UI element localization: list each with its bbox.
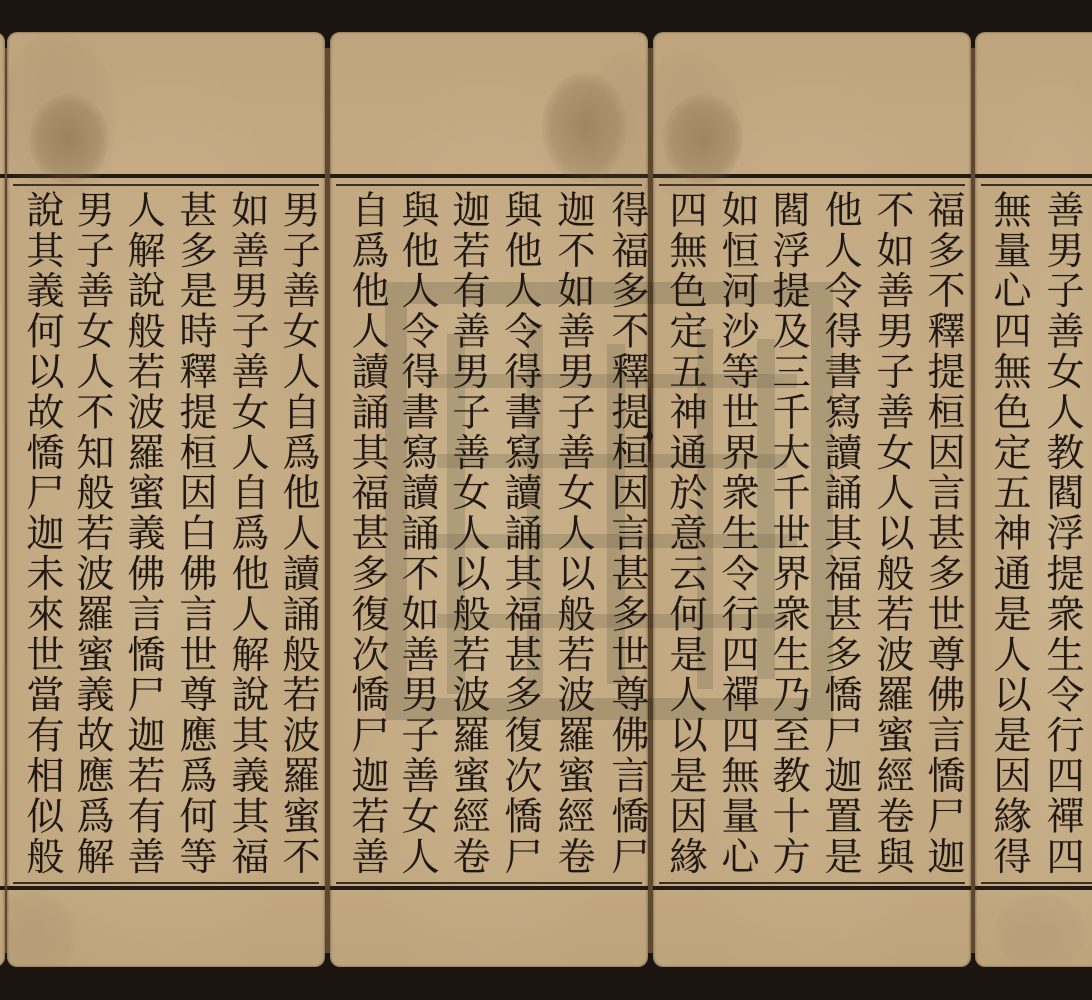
text-column: 他人令得書寫讀誦其福甚多憍尸迦置是 [817, 190, 863, 880]
bottom-border-rule [0, 886, 5, 890]
bottom-inner-rule [981, 882, 1092, 884]
water-stain [653, 52, 743, 202]
top-inner-rule [981, 184, 1092, 186]
water-stain [580, 52, 648, 202]
top-border-rule [975, 174, 1092, 178]
top-inner-rule [13, 184, 319, 186]
text-column: 迦不如善男子善女人以般若波羅蜜經卷 [550, 190, 596, 880]
page-center-left: 得福多不釋提桓因言甚多世尊佛言憍尸 迦不如善男子善女人以般若波羅蜜經卷 與他人令… [330, 32, 648, 967]
top-border-rule [7, 174, 325, 178]
text-column: 得福多不釋提桓因言甚多世尊佛言憍尸 [604, 190, 648, 880]
water-stain [663, 94, 743, 184]
text-column: 甚多是時釋提桓因白佛言世尊應爲何等 [172, 190, 218, 880]
bottom-border-rule [653, 886, 971, 890]
water-stain [29, 94, 109, 184]
text-column: 與他人令得書寫讀誦不如善男子善女人 [394, 190, 440, 880]
text-column: 善男子善女人教閻浮提衆生令行四禪四 [1039, 190, 1085, 880]
page-right-partial: 善男子善女人教閻浮提衆生令行四禪四 無量心四無色定五神通是人以是因緣得 [975, 32, 1092, 967]
text-column: 四無色定五神通於意云何是人以是因緣 [662, 190, 708, 880]
page-sliver-left [0, 32, 5, 967]
bottom-border-rule [7, 886, 325, 890]
water-stain [7, 892, 77, 967]
bottom-inner-rule [659, 882, 965, 884]
text-column: 無量心四無色定五神通是人以是因緣得 [986, 190, 1032, 880]
top-inner-rule [336, 184, 642, 186]
text-column: 人解說般若波羅蜜義佛言憍尸迦若有善 [120, 190, 166, 880]
text-column: 男子善女人自爲他人讀誦般若波羅蜜不 [275, 190, 321, 880]
bottom-border-rule [330, 886, 648, 890]
page-center-right: 福多不釋提桓因言甚多世尊佛言憍尸迦 不如善男子善女人以般若波羅蜜經卷與 他人令得… [653, 32, 971, 967]
text-column: 與他人令得書寫讀誦其福甚多復次憍尸 [497, 190, 543, 880]
bottom-border-rule [975, 886, 1092, 890]
text-column: 福多不釋提桓因言甚多世尊佛言憍尸迦 [920, 190, 966, 880]
water-stain [542, 72, 627, 182]
text-column: 閻浮提及三千大千世界衆生乃至教十方 [765, 190, 811, 880]
top-border-rule [330, 174, 648, 178]
top-border-rule [0, 174, 5, 178]
text-column: 如善男子善女人自爲他人解說其義其福 [224, 190, 270, 880]
page-left: 男子善女人自爲他人讀誦般若波羅蜜不 如善男子善女人自爲他人解說其義其福 甚多是時… [7, 32, 325, 967]
water-stain [995, 892, 1085, 967]
text-column: 不如善男子善女人以般若波羅蜜經卷與 [869, 190, 915, 880]
text-column: 迦若有善男子善女人以般若波羅蜜經卷 [445, 190, 491, 880]
top-border-rule [653, 174, 971, 178]
text-column: 如恒河沙等世界衆生令行四禪四無量心 [714, 190, 760, 880]
top-inner-rule [659, 184, 965, 186]
text-column: 男子善女人不知般若波羅蜜義故應爲解 [69, 190, 115, 880]
bottom-inner-rule [336, 882, 642, 884]
bottom-inner-rule [13, 882, 319, 884]
fishtail-fold-mark [648, 388, 651, 462]
text-column: 說其義何以故憍尸迦未來世當有相似般 [19, 190, 65, 880]
text-column: 自爲他人讀誦其福甚多復次憍尸迦若善 [344, 190, 390, 880]
